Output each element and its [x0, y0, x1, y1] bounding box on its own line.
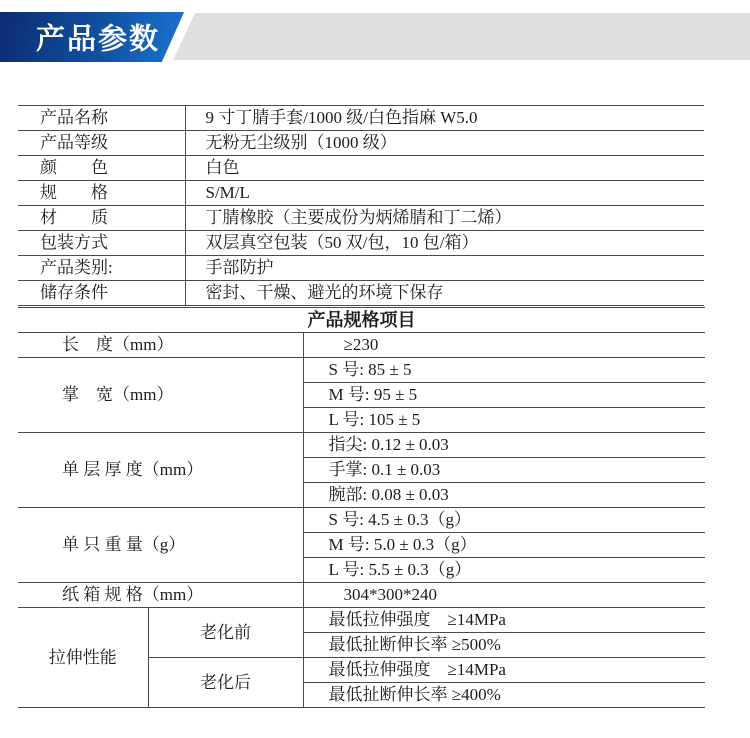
row-label: 颜 色 [18, 156, 185, 181]
row-value: 304*300*240 [303, 583, 705, 608]
row-label: 单 层 厚 度（mm） [18, 433, 303, 508]
section-banner: 产品参数 [0, 0, 750, 70]
row-value: 最低拉伸强度 ≥14MPa [303, 608, 705, 633]
row-value: 密封、干燥、避光的环境下保存 [185, 281, 704, 306]
row-label: 产品等级 [18, 131, 185, 156]
row-label: 纸 箱 规 格（mm） [18, 583, 303, 608]
row-label: 产品类别: [18, 256, 185, 281]
row-label: 拉伸性能 [18, 608, 148, 708]
row-value: 双层真空包装（50 双/包，10 包/箱） [185, 231, 704, 256]
row-value: L 号: 5.5 ± 0.3（g） [303, 558, 705, 583]
row-label: 包装方式 [18, 231, 185, 256]
row-value: L 号: 105 ± 5 [303, 408, 705, 433]
table-row: 产品类别: 手部防护 [18, 256, 704, 281]
table-row: 颜 色 白色 [18, 156, 704, 181]
row-value: 9 寸丁腈手套/1000 级/白色指麻 W5.0 [185, 106, 704, 131]
row-value: 最低扯断伸长率 ≥400% [303, 683, 705, 708]
table-row: 拉伸性能 老化前 最低拉伸强度 ≥14MPa [18, 608, 705, 633]
spec-table-title: 产品规格项目 [18, 308, 705, 333]
spec-table: 产品规格项目 长 度（mm） ≥230 掌 宽（mm） S 号: 85 ± 5 … [18, 307, 705, 708]
banner-blue-ribbon: 产品参数 [0, 12, 186, 62]
row-label: 储存条件 [18, 281, 185, 306]
row-value: 腕部: 0.08 ± 0.03 [303, 483, 705, 508]
table-row: 储存条件 密封、干燥、避光的环境下保存 [18, 281, 704, 306]
table-row: 包装方式 双层真空包装（50 双/包，10 包/箱） [18, 231, 704, 256]
row-label: 单 只 重 量（g） [18, 508, 303, 583]
row-value: 无粉无尘级别（1000 级） [185, 131, 704, 156]
row-label: 规 格 [18, 181, 185, 206]
row-label: 掌 宽（mm） [18, 358, 303, 433]
basic-info-table: 产品名称 9 寸丁腈手套/1000 级/白色指麻 W5.0 产品等级 无粉无尘级… [18, 105, 704, 306]
table-row: 材 质 丁腈橡胶（主要成份为炳烯腈和丁二烯） [18, 206, 704, 231]
row-value: 最低扯断伸长率 ≥500% [303, 633, 705, 658]
table-row: 掌 宽（mm） S 号: 85 ± 5 [18, 358, 705, 383]
row-value: ≥230 [303, 333, 705, 358]
row-label: 长 度（mm） [18, 333, 303, 358]
product-parameters-sheet: 产品参数 产品名称 9 寸丁腈手套/1000 级/白色指麻 W5.0 产品等级 … [0, 0, 750, 738]
row-value: S 号: 85 ± 5 [303, 358, 705, 383]
table-row: 单 只 重 量（g） S 号: 4.5 ± 0.3（g） [18, 508, 705, 533]
row-value: 丁腈橡胶（主要成份为炳烯腈和丁二烯） [185, 206, 704, 231]
row-value: 手部防护 [185, 256, 704, 281]
table-row: 单 层 厚 度（mm） 指尖: 0.12 ± 0.03 [18, 433, 705, 458]
table-row: 产品规格项目 [18, 308, 705, 333]
row-label: 产品名称 [18, 106, 185, 131]
table-row: 规 格 S/M/L [18, 181, 704, 206]
row-value: S/M/L [185, 181, 704, 206]
table-row: 纸 箱 规 格（mm） 304*300*240 [18, 583, 705, 608]
row-value: 指尖: 0.12 ± 0.03 [303, 433, 705, 458]
row-sublabel: 老化前 [148, 608, 303, 658]
row-sublabel: 老化后 [148, 658, 303, 708]
row-value: 最低拉伸强度 ≥14MPa [303, 658, 705, 683]
page-title: 产品参数 [36, 17, 160, 58]
table-row: 产品等级 无粉无尘级别（1000 级） [18, 131, 704, 156]
row-value: S 号: 4.5 ± 0.3（g） [303, 508, 705, 533]
row-value: 手掌: 0.1 ± 0.03 [303, 458, 705, 483]
row-value: M 号: 95 ± 5 [303, 383, 705, 408]
row-value: 白色 [185, 156, 704, 181]
table-row: 产品名称 9 寸丁腈手套/1000 级/白色指麻 W5.0 [18, 106, 704, 131]
table-row: 长 度（mm） ≥230 [18, 333, 705, 358]
row-label: 材 质 [18, 206, 185, 231]
row-value: M 号: 5.0 ± 0.3（g） [303, 533, 705, 558]
